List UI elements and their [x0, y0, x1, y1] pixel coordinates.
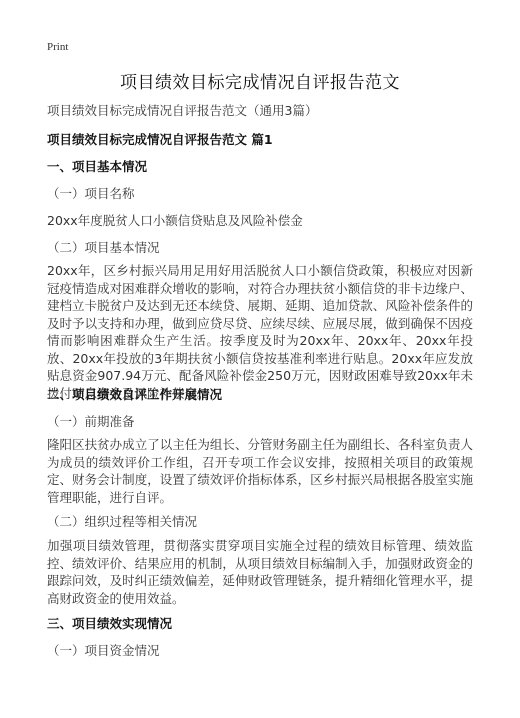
document-subtitle: 项目绩效目标完成情况自评报告范文（通用3篇） [47, 101, 317, 119]
article-heading: 项目绩效目标完成情况自评报告范文 篇1 [47, 130, 273, 148]
subsection-heading-1-2: （二）项目基本情况 [47, 238, 160, 256]
paragraph-1-1: 20xx年度脱贫人口小额信贷贴息及风险补偿金 [47, 211, 303, 229]
document-title: 项目绩效目标完成情况自评报告范文 [0, 68, 520, 93]
paragraph-1-2: 20xx年，区乡村振兴局用足用好用活脱贫人口小额信贷政策，积极应对因新冠疫情造成… [47, 262, 473, 402]
paragraph-2-2: 加强项目绩效管理，贯彻落实贯穿项目实施全过程的绩效目标管理、绩效监控、绩效评价、… [47, 537, 473, 607]
subsection-heading-2-1: （一）前期准备 [47, 412, 135, 430]
section-heading-2: 二、项目绩效自评工作开展情况 [47, 385, 222, 403]
print-label: Print [47, 41, 68, 53]
subsection-heading-1-1: （一）项目名称 [47, 184, 135, 202]
section-heading-3: 三、项目绩效实现情况 [47, 614, 172, 632]
document-page: Print 项目绩效目标完成情况自评报告范文 项目绩效目标完成情况自评报告范文（… [0, 0, 520, 718]
subsection-heading-2-2: （二）组织过程等相关情况 [47, 512, 197, 530]
section-heading-1: 一、项目基本情况 [47, 157, 147, 175]
subsection-heading-3-1: （一）项目资金情况 [47, 641, 160, 659]
paragraph-2-1: 隆阳区扶贫办成立了以主任为组长、分管财务副主任为副组长、各科室负责人为成员的绩效… [47, 436, 473, 506]
